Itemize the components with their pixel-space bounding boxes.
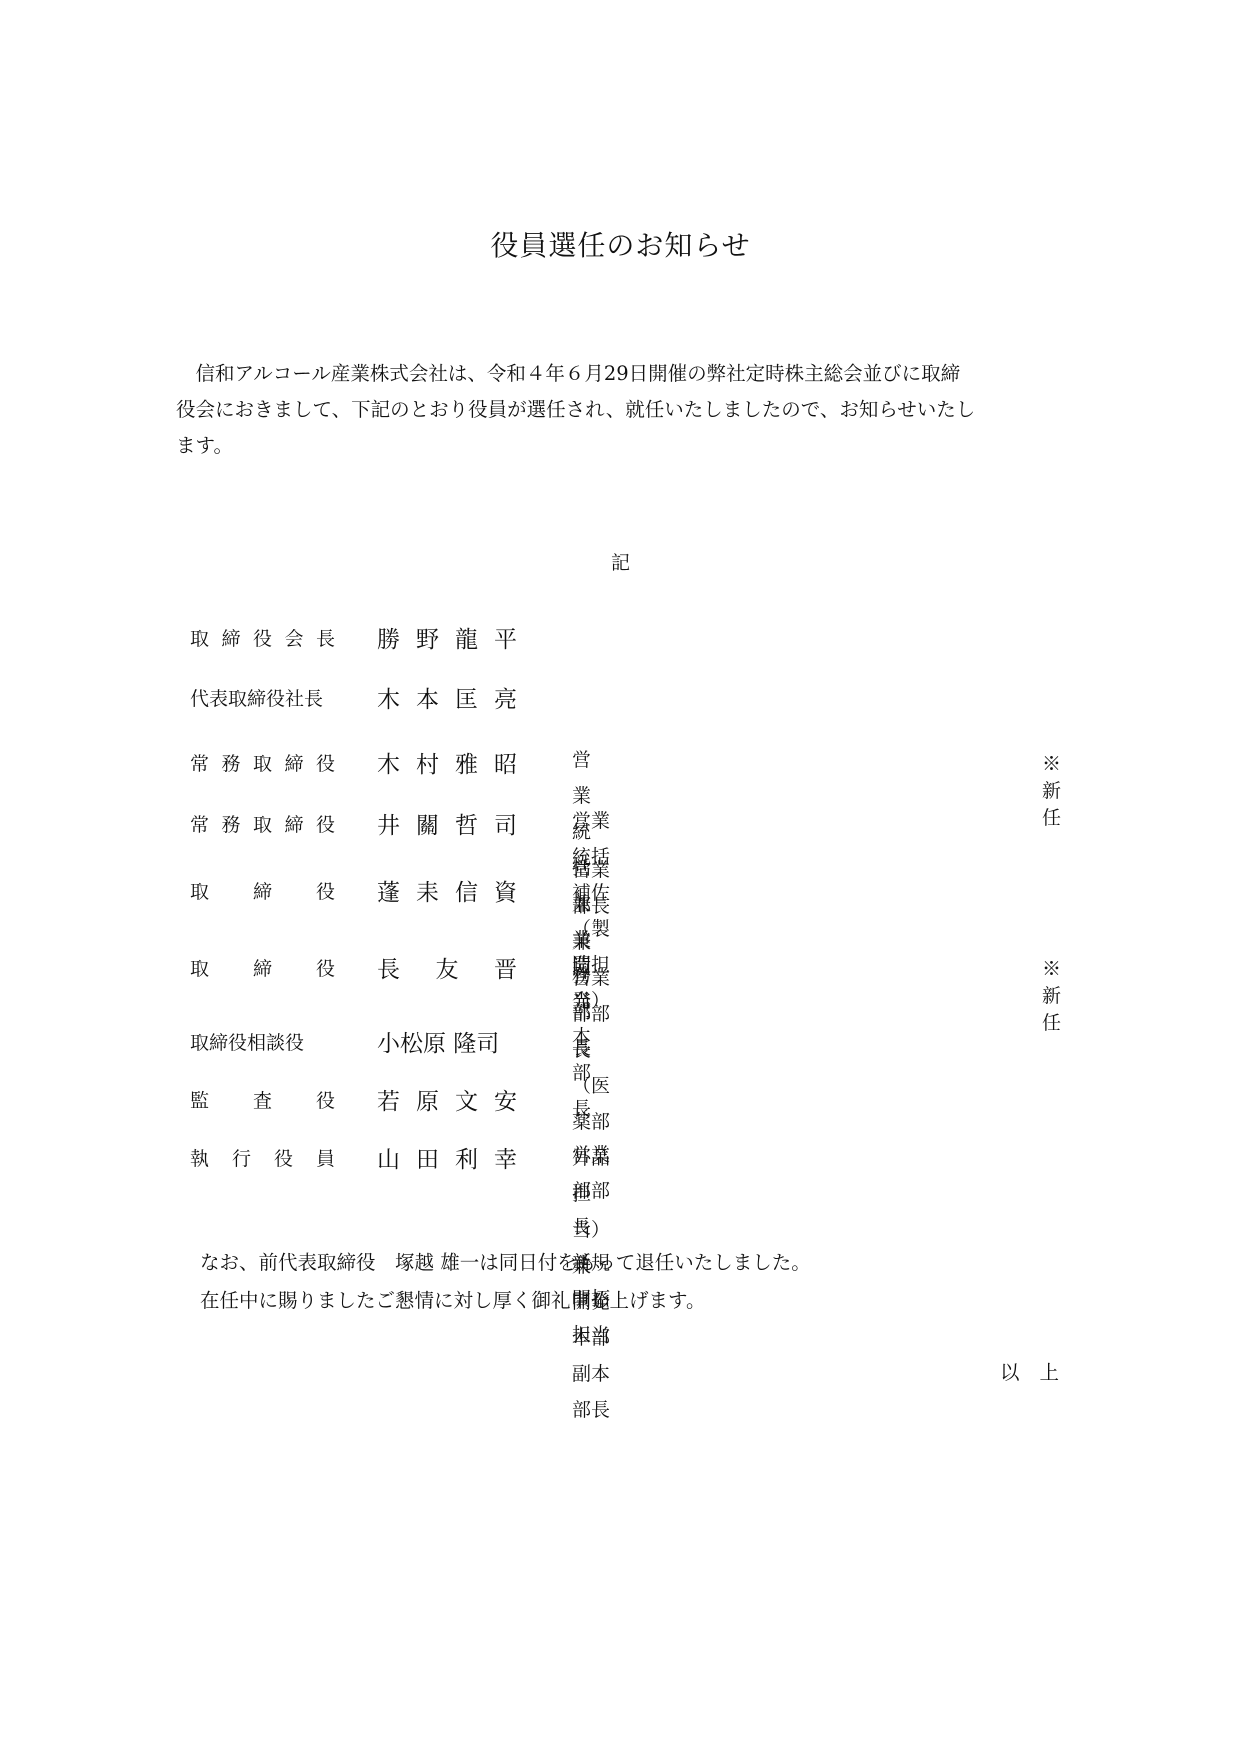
officer-role: 常務取締役 (190, 810, 335, 837)
page-title: 役員選任のお知らせ (0, 224, 1241, 264)
officer-name: 井關哲司 (377, 807, 517, 840)
officer-role: 常務取締役 (190, 749, 335, 776)
officer-name: 勝野龍平 (377, 621, 517, 654)
officer-duty: 開発本部長 (572, 947, 591, 1127)
new-appointment-note: ※新任 (1042, 954, 1061, 1035)
officer-role: 取締役相談役 (190, 1028, 335, 1055)
officer-role: 取締役会長 (190, 624, 335, 651)
intro-line: 信和アルコール産業株式会社は、令和４年６月29日開催の弊社定時株主総会並びに取締 (176, 356, 1076, 392)
officer-role: 取締役 (190, 954, 335, 981)
officer-name: 山田利幸 (377, 1141, 517, 1174)
closing-paragraph: なお、前代表取締役 塚越 雄一は同日付をもって退任いたしました。 在任中に賜りま… (200, 1244, 811, 1320)
new-appointment-note: ※新任 (1042, 749, 1061, 830)
ki-heading: 記 (0, 548, 1241, 575)
officer-name: 長友晋 (377, 951, 517, 984)
intro-paragraph: 信和アルコール産業株式会社は、令和４年６月29日開催の弊社定時株主総会並びに取締… (176, 356, 1076, 464)
intro-line: 役会におきまして、下記のとおり役員が選任され、就任いたしましたので、お知らせいた… (176, 392, 1076, 428)
officer-name: 木本匡亮 (377, 681, 517, 714)
intro-line: ます。 (176, 428, 1076, 464)
officer-role: 執行役員 (190, 1144, 335, 1171)
closing-line: 在任中に賜りましたご懇情に対し厚く御礼申し上げます。 (200, 1282, 811, 1320)
officer-role: 監査役 (190, 1086, 335, 1113)
officer-name: 若原文安 (377, 1083, 517, 1116)
officer-name: 蓬耒信資 (377, 874, 517, 907)
ijou-closing-mark: 以上 (1000, 1357, 1079, 1385)
officer-name: 木村雅昭 (377, 746, 517, 779)
officer-role: 代表取締役社長 (190, 684, 335, 711)
closing-line: なお、前代表取締役 塚越 雄一は同日付をもって退任いたしました。 (200, 1244, 811, 1282)
officer-role: 取締役 (190, 877, 335, 904)
officer-name: 小松原 隆司 (377, 1025, 517, 1058)
